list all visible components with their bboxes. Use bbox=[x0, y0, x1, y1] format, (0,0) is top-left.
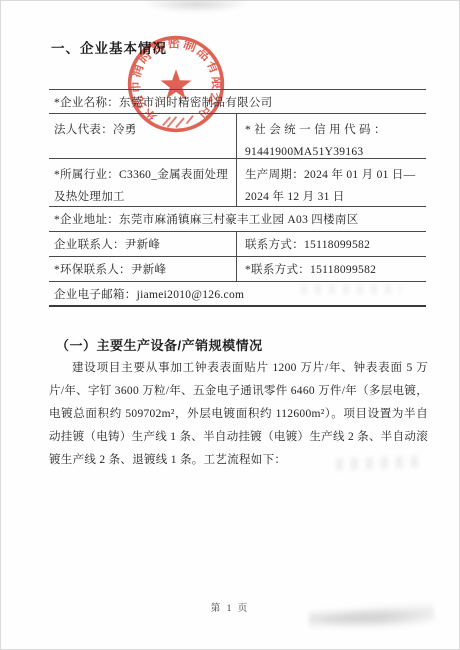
company-contact-person: 企业联系人：尹新峰 bbox=[49, 232, 236, 256]
subsection-heading: （一）主要生产设备/产销规模情况 bbox=[56, 335, 263, 354]
env-contact-person: *环保联系人：尹新峰 bbox=[49, 257, 236, 281]
table-row-contact: 企业联系人：尹新峰 联系方式：15118099582 bbox=[49, 232, 426, 257]
table-row-email: 企业电子邮箱：jiamei2010@126.com bbox=[49, 282, 426, 307]
page-number: 第 1 页 bbox=[1, 600, 459, 614]
table-row-address: *企业地址：东莞市麻涌镇麻三村豪丰工业园 A03 四楼南区 bbox=[49, 207, 426, 232]
project-description-paragraph: 建设项目主要从事加工钟表表面贴片 1200 万片/年、钟表表面 5 万片/年、字… bbox=[49, 357, 428, 472]
document-page: 一、企业基本情况 东莞市润时精密制品有限公司 *企业名称：东莞市润时精密制品有限… bbox=[0, 0, 460, 650]
company-email: 企业电子邮箱：jiamei2010@126.com bbox=[49, 286, 426, 302]
table-row-company-name: *企业名称：东莞市润时精密制品有限公司 bbox=[49, 90, 426, 114]
section-title: 一、企业基本情况 bbox=[51, 37, 167, 57]
table-row-env-contact: *环保联系人：尹新峰 *联系方式：15118099582 bbox=[49, 257, 426, 282]
table-row-legal-rep: 法人代表：冷勇 * 社 会 统 一 信 用 代 码 ： 91441900MA51… bbox=[49, 114, 426, 159]
social-credit-code-label: * 社 会 统 一 信 用 代 码 ： bbox=[245, 119, 422, 141]
production-period: 生产周期：2024 年 01 月 01 日—2024 年 12 月 31 日 bbox=[236, 159, 426, 206]
social-credit-code-cell: * 社 会 统 一 信 用 代 码 ： 91441900MA51Y39163 bbox=[236, 114, 426, 158]
industry-category: *所属行业：C3360_金属表面处理及热处理加工 bbox=[49, 159, 236, 206]
scan-artifact-top bbox=[141, 1, 251, 13]
table-row-industry: *所属行业：C3360_金属表面处理及热处理加工 生产周期：2024 年 01 … bbox=[49, 159, 426, 207]
legal-representative: 法人代表：冷勇 bbox=[49, 114, 236, 158]
company-info-table: *企业名称：东莞市润时精密制品有限公司 法人代表：冷勇 * 社 会 统 一 信 … bbox=[49, 89, 426, 307]
company-name: *企业名称：东莞市润时精密制品有限公司 bbox=[49, 94, 426, 110]
company-address: *企业地址：东莞市麻涌镇麻三村豪丰工业园 A03 四楼南区 bbox=[49, 211, 426, 227]
env-contact-phone: *联系方式：15118099582 bbox=[236, 257, 426, 281]
company-contact-phone: 联系方式：15118099582 bbox=[236, 232, 426, 256]
